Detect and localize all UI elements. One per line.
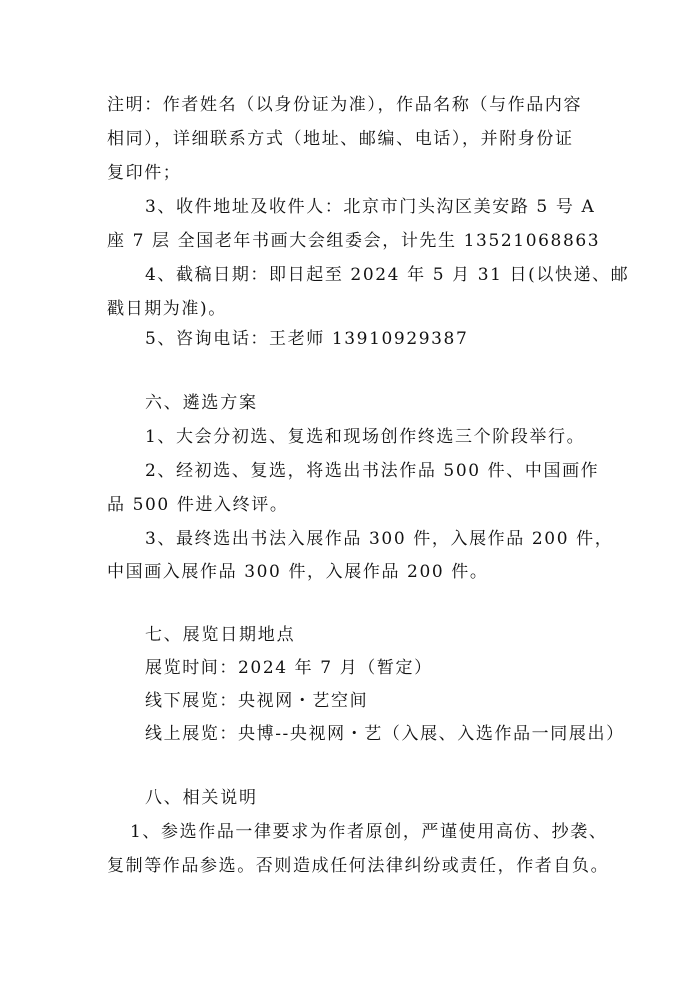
section-8-heading: 八、相关说明	[145, 786, 645, 810]
phone-line: 5、咨询电话：王老师 13910929387	[145, 327, 645, 351]
section-6-heading: 六、遴选方案	[145, 391, 645, 415]
address-line-1: 3、收件地址及收件人：北京市门头沟区美安路 5 号 A	[145, 195, 645, 219]
section-7-heading: 七、展览日期地点	[145, 623, 645, 647]
document-page: 注明：作者姓名（以身份证为准），作品名称（与作品内容 相同），详细联系方式（地址…	[0, 0, 700, 990]
section-6-item-2-line-2: 品 500 件进入终评。	[107, 493, 607, 517]
section-6-item-2-line-1: 2、经初选、复选，将选出书法作品 500 件、中国画作	[145, 459, 645, 483]
note-line-1: 注明：作者姓名（以身份证为准），作品名称（与作品内容	[107, 93, 607, 117]
section-6-item-3-line-1: 3、最终选出书法入展作品 300 件，入展作品 200 件，	[145, 527, 645, 551]
address-line-2: 座 7 层 全国老年书画大会组委会，计先生 13521068863	[107, 229, 607, 253]
section-8-item-1-line-2: 复制等作品参选。否则造成任何法律纠纷或责任，作者自负。	[107, 854, 607, 878]
note-line-3: 复印件；	[107, 161, 607, 185]
section-6-item-1: 1、大会分初选、复选和现场创作终选三个阶段举行。	[145, 425, 645, 449]
online-exhibition: 线上展览：央博--央视网・艺（入展、入选作品一同展出）	[145, 722, 645, 746]
exhibition-time: 展览时间：2024 年 7 月（暂定）	[145, 656, 645, 680]
section-8-item-1-line-1: 1、参选作品一律要求为作者原创，严谨使用高仿、抄袭、	[130, 820, 630, 844]
deadline-line-2: 戳日期为准)。	[107, 297, 607, 321]
note-line-2: 相同），详细联系方式（地址、邮编、电话），并附身份证	[107, 127, 607, 151]
section-6-item-3-line-2: 中国画入展作品 300 件，入展作品 200 件。	[107, 560, 607, 584]
offline-exhibition: 线下展览：央视网・艺空间	[145, 689, 645, 713]
deadline-line-1: 4、截稿日期：即日起至 2024 年 5 月 31 日(以快递、邮	[145, 263, 645, 287]
